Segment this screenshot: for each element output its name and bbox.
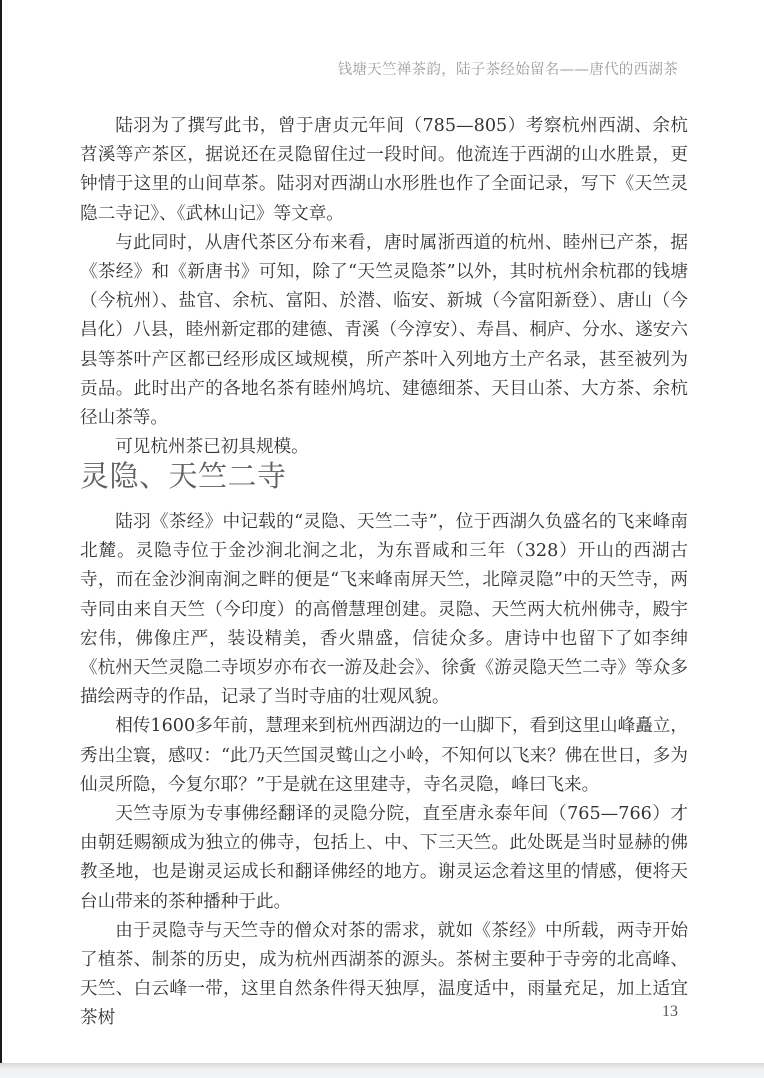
- running-header: 钱塘天竺禅茶韵，陆子茶经始留名——唐代的西湖茶: [338, 58, 678, 79]
- paragraph: 陆羽《茶经》中记载的“灵隐、天竺二寺”，位于西湖久负盛名的飞来峰南北麓。灵隐寺位…: [80, 508, 688, 712]
- paragraph: 陆羽为了撰写此书，曾于唐贞元年间（785—805）考察杭州西湖、余杭苕溪等产茶区…: [80, 112, 688, 229]
- paragraph: 相传1600多年前，慧理来到杭州西湖边的一山脚下，看到这里山峰矗立，秀出尘寰，感…: [80, 712, 688, 800]
- book-page: 钱塘天竺禅茶韵，陆子茶经始留名——唐代的西湖茶 陆羽为了撰写此书，曾于唐贞元年间…: [0, 0, 764, 1064]
- page-number: 13: [662, 1003, 678, 1021]
- body-text-block-2: 陆羽《茶经》中记载的“灵隐、天竺二寺”，位于西湖久负盛名的飞来峰南北麓。灵隐寺位…: [80, 508, 688, 1034]
- body-text-block-1: 陆羽为了撰写此书，曾于唐贞元年间（785—805）考察杭州西湖、余杭苕溪等产茶区…: [80, 112, 688, 462]
- paragraph: 与此同时，从唐代茶区分布来看，唐时属浙西道的杭州、睦州已产茶，据《茶经》和《新唐…: [80, 229, 688, 433]
- page-bottom-edge: [0, 1063, 764, 1078]
- section-heading: 灵隐、天竺二寺: [80, 454, 287, 495]
- paragraph: 由于灵隐寺与天竺寺的僧众对茶的需求，就如《茶经》中所载，两寺开始了植茶、制茶的历…: [80, 917, 688, 1034]
- paragraph: 天竺寺原为专事佛经翻译的灵隐分院，直至唐永泰年间（765—766）才由朝廷赐额成…: [80, 800, 688, 917]
